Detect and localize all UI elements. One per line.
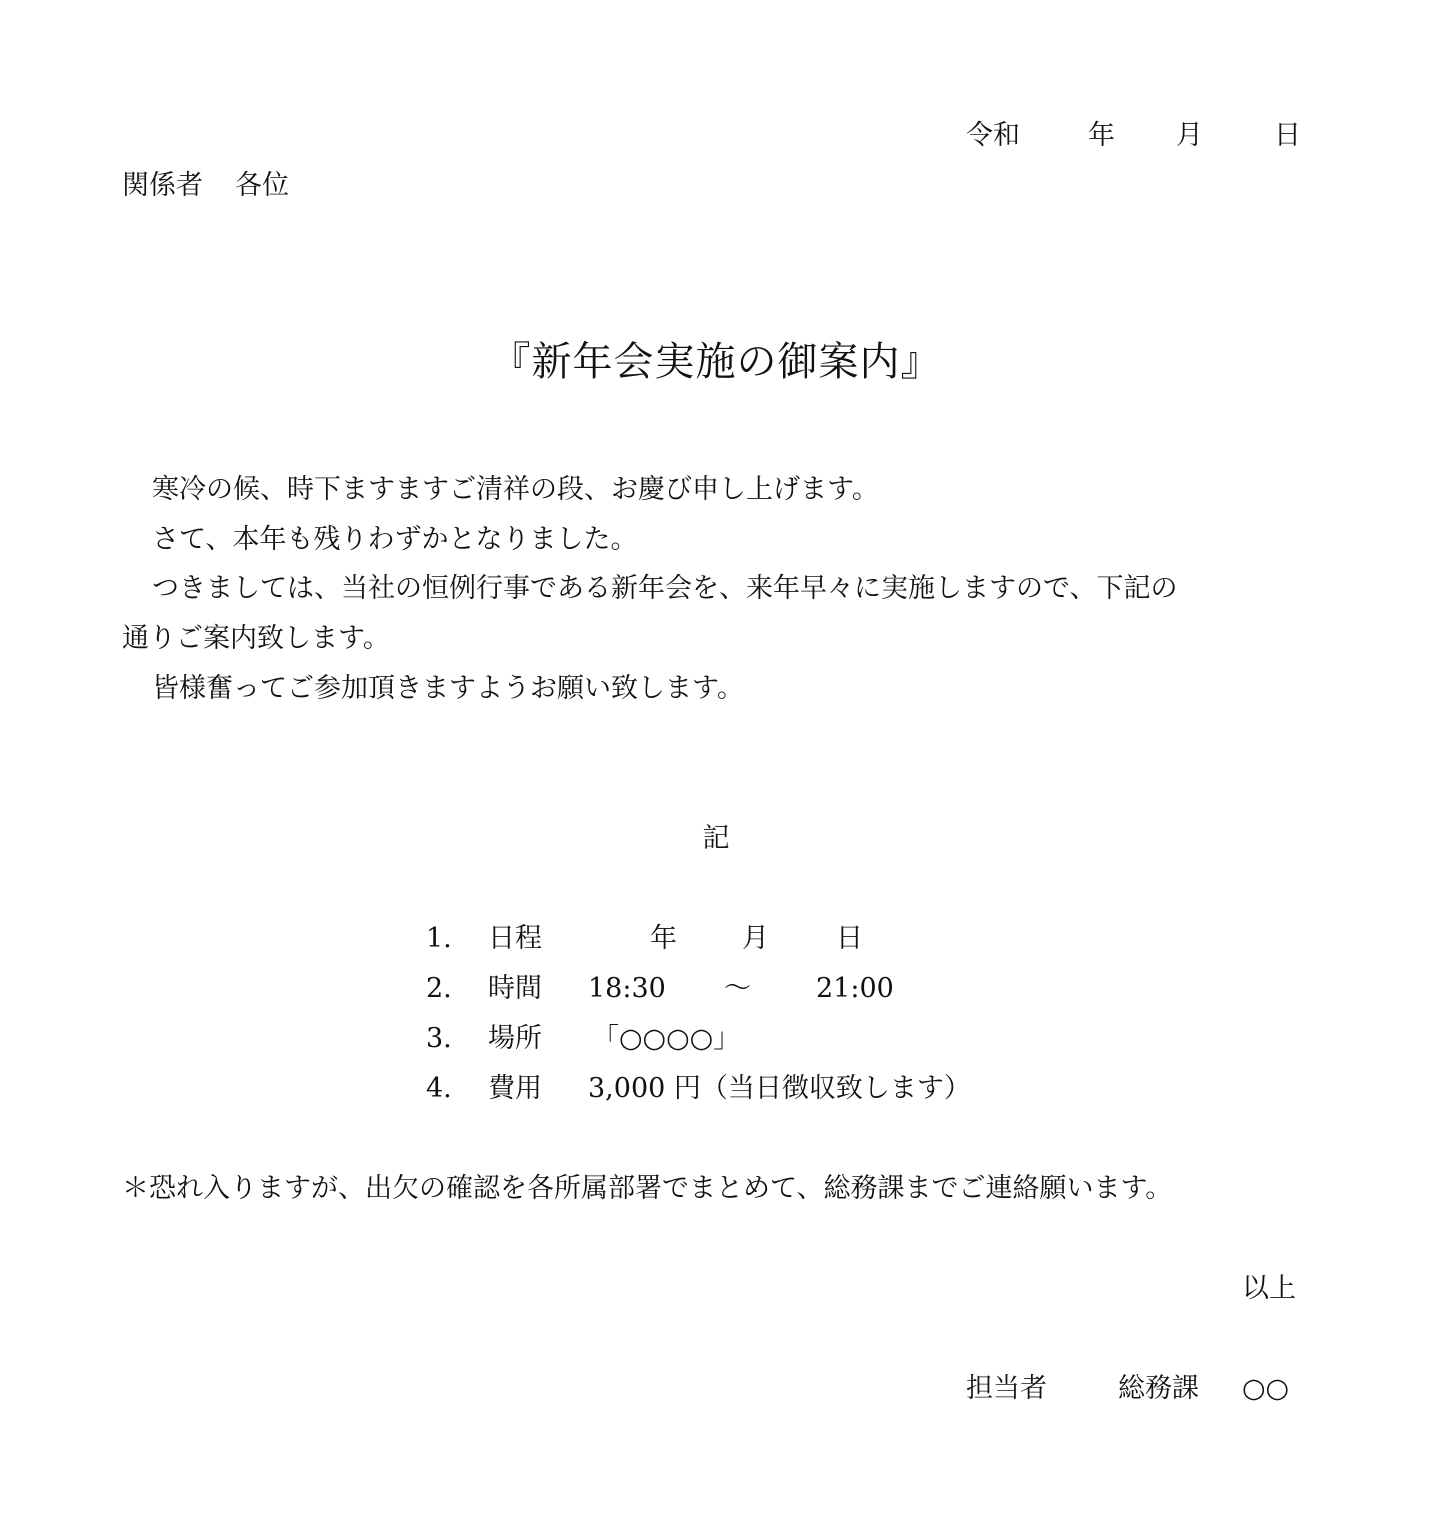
date-era: 令和 (966, 122, 1020, 149)
closing-word: 以上 (1242, 1275, 1296, 1302)
contact-department: 総務課 (1118, 1375, 1199, 1402)
body-paragraph-greeting: 寒冷の候、時下ますますご清祥の段、お慶び申し上げます。 (122, 476, 879, 503)
item-number: 4. (426, 1075, 452, 1102)
item-label: 費用 (488, 1075, 542, 1102)
addressee-recipients: 関係者 (122, 170, 203, 201)
addressee-honorific: 各位 (235, 170, 289, 201)
time-end: 21:00 (816, 975, 894, 1002)
contact-name: ○○ (1242, 1375, 1289, 1402)
body-paragraph-year-end: さて、本年も残りわずかとなりました。 (122, 526, 637, 553)
date-month-unit: 月 (1176, 122, 1203, 149)
item-number: 1. (426, 925, 452, 952)
date-year-unit: 年 (1088, 122, 1115, 149)
schedule-year-unit: 年 (650, 925, 677, 952)
date-day-unit: 日 (1274, 122, 1301, 149)
body-paragraph-announcement: つきましては、当社の恒例行事である新年会を、来年早々に実施しますので、下記の (122, 575, 1177, 602)
schedule-day-unit: 日 (836, 925, 863, 952)
item-number: 3. (426, 1025, 452, 1052)
fee-value: 3,000 円（当日徴収致します） (588, 1075, 971, 1102)
contact-person: 担当者 総務課 ○○ (966, 1375, 1300, 1407)
time-separator: ～ (724, 975, 751, 1002)
time-start: 18:30 (588, 975, 666, 1002)
document-title: 『新年会実施の御案内』 (0, 342, 1432, 382)
document-date: 令和 年 月 日 (966, 122, 1300, 154)
item-label: 時間 (488, 975, 542, 1002)
item-label: 日程 (488, 925, 542, 952)
contact-label: 担当者 (966, 1375, 1047, 1402)
attendance-note: ＊恐れ入りますが、出欠の確認を各所属部署でまとめて、総務課までご連絡願います。 (122, 1175, 1172, 1202)
body-paragraph-request: 皆様奮ってご参加頂きますようお願い致します。 (122, 675, 744, 702)
item-number: 2. (426, 975, 452, 1002)
addressee: 関係者各位 (122, 172, 289, 199)
details-heading: 記 (0, 825, 1432, 852)
item-label: 場所 (488, 1025, 542, 1052)
schedule-month-unit: 月 (742, 925, 769, 952)
place-value: 「○○○○」 (592, 1025, 740, 1052)
body-paragraph-announcement-cont: 通りご案内致します。 (122, 625, 390, 652)
